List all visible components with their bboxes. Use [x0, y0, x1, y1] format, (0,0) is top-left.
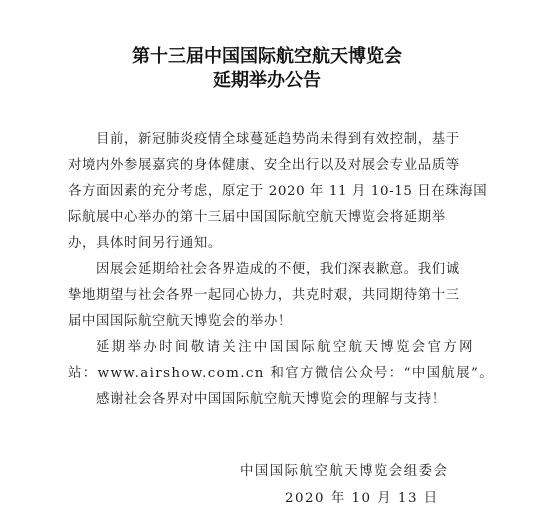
- paragraph-4-line-1: 感谢社会各界对中国国际航空航天博览会的理解与支持！: [96, 390, 506, 410]
- paragraph-1-line-2: 对境内外参展嘉宾的身体健康、安全出行以及对展会专业品质等: [68, 156, 478, 176]
- paragraph-3-line-2: 站：www.airshow.com.cn 和官方微信公众号：“中国航展”。: [68, 364, 478, 384]
- paragraph-1-line-5: 办，具体时间另行通知。: [68, 234, 478, 254]
- paragraph-1-line-1: 目前，新冠肺炎疫情全球蔓延趋势尚未得到有效控制，基于: [96, 130, 506, 150]
- paragraph-2-line-3: 届中国国际航空航天博览会的举办！: [68, 312, 478, 332]
- document-title-line-1: 第十三届中国国际航空航天博览会: [0, 42, 534, 68]
- signature-date: 2020 年 10 月 13 日: [285, 487, 439, 506]
- paragraph-1-line-4: 际航展中心举办的第十三届中国国际航空航天博览会将延期举: [68, 208, 478, 228]
- document-title-line-2: 延期举办公告: [0, 66, 534, 92]
- paragraph-2-line-1: 因展会延期给社会各界造成的不便，我们深表歉意。我们诚: [96, 260, 506, 280]
- paragraph-2-line-2: 挚地期望与社会各界一起同心协力，共克时艰，共同期待第十三: [68, 286, 478, 306]
- paragraph-3-line-1: 延期举办时间敬请关注中国国际航空航天博览会官方网: [96, 338, 506, 358]
- signature-organization: 中国国际航空航天博览会组委会: [240, 460, 448, 479]
- paragraph-1-line-3: 各方面因素的充分考虑，原定于 2020 年 11 月 10-15 日在珠海国: [68, 182, 478, 202]
